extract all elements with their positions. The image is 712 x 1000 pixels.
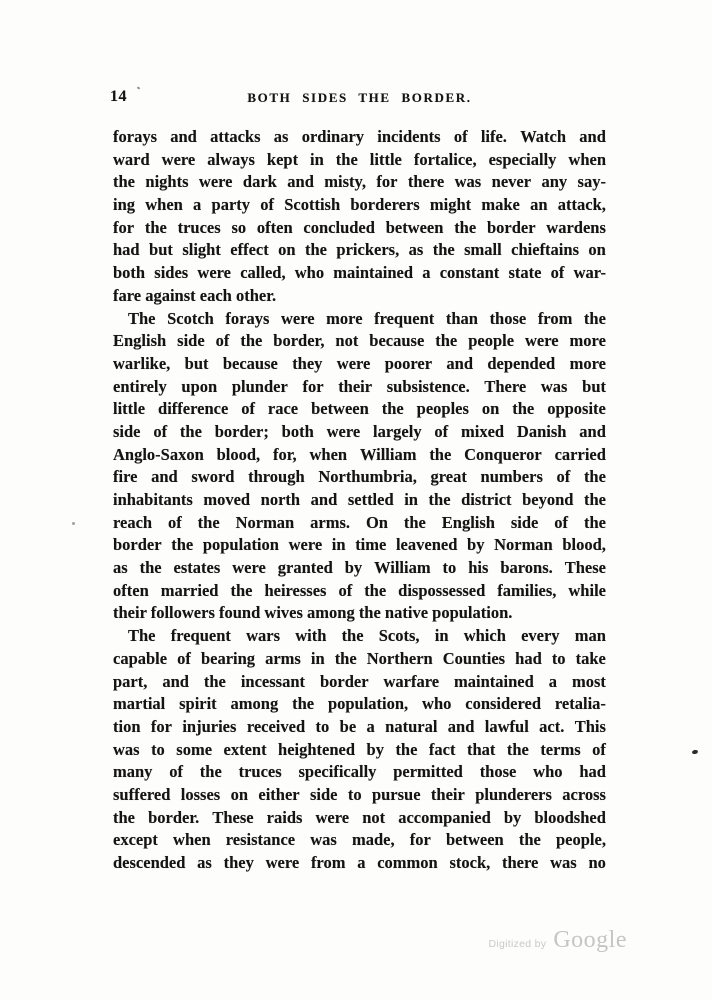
word: wars [246,625,280,648]
text-line: warlike,butbecausetheywerepooreranddepen… [113,353,606,376]
scanned-book-page: 14 BOTH SIDES THE BORDER. foraysandattac… [0,0,712,1000]
word: both [113,262,145,285]
word: than [446,308,478,331]
word: as [113,557,128,580]
word: of [169,761,183,784]
word: border [487,217,536,240]
word: those [490,308,527,331]
word: when [173,829,211,852]
word: English [442,512,495,535]
word: of [554,512,568,535]
word: capable [113,648,167,671]
word: the [292,693,314,716]
word: among [231,693,279,716]
word: Anglo-Saxon [113,444,204,467]
word: who [422,693,451,716]
word: difference [158,398,228,421]
word: were [289,534,323,557]
word: peoples [417,398,469,421]
word: concluded [303,217,375,240]
word: suffered [113,784,170,807]
word: ing [113,194,135,217]
word: the [584,512,606,535]
word: These [565,557,606,580]
text-line: wastosomeextentheightenedbythefactthatth… [113,739,606,762]
word: through [248,466,305,489]
word: truces [239,761,282,784]
word: This [575,716,606,739]
word: borderers [350,194,419,217]
word: little [370,149,402,172]
word: often [257,217,293,240]
word: with [295,625,326,648]
paragraph: ThefrequentwarswiththeScots,inwhichevery… [113,625,606,875]
word: specifically [299,761,377,784]
word: The [128,625,156,648]
word: their [338,376,372,399]
watermark-prefix-text: Digitized by [488,938,546,950]
word: Conqueror [464,444,542,467]
word: the [230,580,252,603]
word: the [454,217,476,240]
word: the [198,512,220,535]
word: ward [113,149,150,172]
paragraph: foraysandattacksasordinaryincidentsoflif… [113,126,606,308]
word: married [161,580,219,603]
word: the [342,625,364,648]
word: families, [497,580,556,603]
word: were [266,852,300,875]
word: some [176,739,212,762]
word: either [258,784,299,807]
word: descended [113,852,185,875]
word: warfare [384,671,440,694]
text-line: ingwhenapartyofScottishborderersmightmak… [113,194,606,217]
word: act. [539,716,564,739]
word: retalia- [555,693,606,716]
text-line: martialspiritamongthepopulation,whoconsi… [113,693,606,716]
word: had [113,239,140,262]
word: district [461,489,511,512]
word: ordinary [302,126,364,149]
word: be [340,716,357,739]
word: opposite [547,398,606,421]
word: who [295,262,324,285]
word: were [197,262,231,285]
word: the [335,648,357,671]
word: resistance [226,829,295,852]
word: natural [385,716,437,739]
word: state [508,262,541,285]
word: the [336,149,358,172]
word: extent [224,739,267,762]
word: by [345,557,362,580]
word: there [502,852,538,875]
text-line: bothsideswerecalled,whomaintainedaconsta… [113,262,606,285]
word: and [446,353,473,376]
word: incessant [241,671,305,694]
word: terms [540,739,580,762]
word: losses [181,784,220,807]
word: but [582,376,606,399]
word: of [592,739,606,762]
word: blood, [562,534,606,557]
word: in [310,149,324,172]
word: for [302,376,323,399]
word: from [311,852,346,875]
word: kept [267,149,298,172]
word: little [113,398,145,421]
word: any [541,171,567,194]
word: prickers, [336,239,399,262]
word: the [140,557,162,580]
word: which [464,625,506,648]
word: settled [348,489,394,512]
word: the [204,671,226,694]
word: often [113,580,149,603]
word: injuries [182,716,236,739]
text-line: astheestatesweregrantedbyWilliamtohisbar… [113,557,606,580]
word: not [362,807,385,830]
word: of [153,421,167,444]
word: and [448,716,475,739]
word: dark [243,171,277,194]
word: attacks [210,126,260,149]
word: of [241,398,255,421]
word: were [316,807,350,830]
word: a [422,262,430,285]
text-line: their followers found wives among the na… [113,602,606,625]
word: the [240,330,262,353]
paragraph: TheScotchforaysweremorefrequentthanthose… [113,308,606,626]
word: the [395,739,417,762]
word: nights [145,171,188,194]
word: the [584,489,606,512]
word: inhabitants [113,489,193,512]
word: bearing [201,648,255,671]
word: by [467,534,484,557]
word: a [367,716,375,739]
word: on [231,784,248,807]
text-line: Anglo-Saxonblood,for,whenWilliamtheConqu… [113,444,606,467]
word: because [223,353,278,376]
text-line: theborder.Theseraidswerenotaccompaniedby… [113,807,606,830]
word: These [212,807,253,830]
word: side [113,421,141,444]
word: of [454,126,468,149]
word: no [588,852,605,875]
word: carried [555,444,606,467]
word: for [151,716,172,739]
word: Northern [367,648,433,671]
text-line: ThefrequentwarswiththeScots,inwhichevery… [113,625,606,648]
text-line: hadbutslighteffectontheprickers,asthesma… [113,239,606,262]
word: a [357,852,365,875]
word: wardens [546,217,606,240]
word: on [482,398,499,421]
word: and [287,171,314,194]
word: so [231,217,246,240]
word: There [484,376,526,399]
text-line: exceptwhenresistancewasmade,forbetweenth… [113,829,606,852]
word: the [507,739,529,762]
word: William [374,557,431,580]
text-line: capableofbearingarmsintheNorthernCountie… [113,648,606,671]
word: great [431,466,467,489]
word: maintained [454,671,534,694]
text-line: Englishsideoftheborder,notbecausethepeop… [113,330,606,353]
word: granted [278,557,333,580]
word: from [538,308,573,331]
word: William [360,444,417,467]
text-block: foraysandattacksasordinaryincidentsoflif… [113,126,606,875]
word: as [274,126,289,149]
word: the [200,761,222,784]
word: effect [230,239,268,262]
word: were [199,171,233,194]
word: for [410,829,431,852]
word: pursue [372,784,421,807]
word: many [113,761,152,784]
word: the [171,534,193,557]
word: the [305,239,327,262]
word: fortalice, [414,149,477,172]
word: slight [182,239,221,262]
word: considered [465,693,541,716]
word: were [327,421,361,444]
word: more [570,330,606,353]
word: the [364,580,386,603]
text-line: inhabitantsmovednorthandsettledinthedist… [113,489,606,512]
word: Counties [443,648,505,671]
word: population, [328,693,408,716]
text-line: littledifferenceofracebetweenthepeopleso… [113,398,606,421]
word: party [212,194,251,217]
word: because [369,330,424,353]
word: in [435,625,449,648]
word: Scots, [379,625,420,648]
word: reach [113,512,152,535]
word: for, [273,444,297,467]
word: small [464,239,502,262]
word: dispossessed [398,580,485,603]
word: but [185,353,209,376]
text-line: forthetrucessooftenconcludedbetweenthebo… [113,217,606,240]
word: spirit [179,693,217,716]
word: to [316,716,330,739]
word: lawful [485,716,529,739]
page-header: 14 BOTH SIDES THE BORDER. [113,88,606,108]
word: side [310,784,338,807]
word: people [468,330,514,353]
scan-artifact-speck [692,749,699,754]
word: stock, [449,852,490,875]
word: border [320,671,369,694]
word: never [492,171,531,194]
word: chieftains [511,239,579,262]
word: the [512,398,534,421]
word: the [429,444,451,467]
word: leavened [396,534,457,557]
word: plunderers [475,784,552,807]
word: the [433,239,455,262]
word: the [519,829,541,852]
word: to [151,739,165,762]
word: a [549,671,557,694]
word: On [366,512,388,535]
word: they [292,353,322,376]
word: except [113,829,158,852]
word: moved [203,489,250,512]
text-line: fireandswordthroughNorthumbria,greatnumb… [113,466,606,489]
word: most [572,671,606,694]
word: Northumbria, [318,466,417,489]
word: part, [113,671,147,694]
text-line: sufferedlossesoneithersidetopursuetheirp… [113,784,606,807]
word: poorer [385,353,432,376]
word: the [584,308,606,331]
word: fact [429,739,456,762]
word: border [113,534,162,557]
word: and [162,671,189,694]
word: north [261,489,300,512]
word: was [550,852,577,875]
word: misty, [324,171,366,194]
word: was [310,829,337,852]
word: say- [578,171,606,194]
word: people, [556,829,606,852]
word: raids [267,807,303,830]
word: common [377,852,438,875]
word: time [355,534,386,557]
word: beyond [522,489,573,512]
word: on [278,239,295,262]
text-line: part,andtheincessantborderwarfaremaintai… [113,671,606,694]
word: of [551,262,565,285]
word: man [575,625,606,648]
word: numbers [481,466,543,489]
word: the [404,512,426,535]
text-line: thenightsweredarkandmisty,fortherewasnev… [113,171,606,194]
word: the [145,217,167,240]
word: bloodshed [534,807,606,830]
word: border. [148,807,199,830]
word: and [579,126,606,149]
word: when [145,194,183,217]
word: his [468,557,488,580]
word: both [282,421,314,444]
word: the [180,421,202,444]
word: population [203,534,279,557]
word: received [247,716,305,739]
word: might [430,194,471,217]
word: while [568,580,606,603]
word: especially [489,149,557,172]
text-line: manyofthetrucesspecificallypermittedthos… [113,761,606,784]
word: barons. [500,557,552,580]
word: English [113,330,166,353]
word: when [568,149,606,172]
word: arms. [310,512,350,535]
word: in [404,489,418,512]
word: every [521,625,559,648]
word: always [207,149,255,172]
word: Scottish [284,194,340,217]
word: frequent [374,308,434,331]
word: frequent [171,625,231,648]
word: Scotch [167,308,214,331]
word: sword [191,466,234,489]
word: were [162,149,196,172]
word: was [455,171,482,194]
running-header-title: BOTH SIDES THE BORDER. [113,90,606,106]
text-line: reachoftheNormanarms.OntheEnglishsideoft… [113,512,606,535]
word: upon [181,376,217,399]
word: an [530,194,547,217]
word: accompanied [398,807,491,830]
word: the [435,330,457,353]
word: between [311,398,369,421]
word: constant [440,262,500,285]
word: of [338,580,352,603]
word: in [332,534,346,557]
word: across [562,784,606,807]
text-line: sideoftheborder;bothwerelargelyofmixedDa… [113,421,606,444]
word: of [168,512,182,535]
word: maintained [333,262,413,285]
word: by [504,807,521,830]
word: plunder [232,376,288,399]
word: largely [373,421,422,444]
word: and [579,421,606,444]
word: permitted [393,761,463,784]
word: Watch [520,126,566,149]
word: was [541,376,568,399]
word: there [408,171,444,194]
word: of [557,466,571,489]
word: to [552,648,566,671]
word: heightened [278,739,355,762]
digitization-watermark: Digitized by Google [488,927,627,954]
word: were [337,353,371,376]
word: truces [178,217,221,240]
word: Danish [517,421,567,444]
word: warlike, [113,353,170,376]
word: depended [487,353,555,376]
word: not [335,330,358,353]
word: the [584,466,606,489]
word: and [311,489,338,512]
word: Norman [236,512,295,535]
word: mixed [461,421,504,444]
text-line: foraysandattacksasordinaryincidentsoflif… [113,126,606,149]
word: made, [352,829,395,852]
word: of [260,194,274,217]
word: by [367,739,384,762]
word: border, [273,330,324,353]
text-line: oftenmarriedtheheiressesofthedispossesse… [113,580,606,603]
word: subsistence. [387,376,470,399]
text-line: entirelyuponplunderfortheirsubsistence.T… [113,376,606,399]
word: between [446,829,504,852]
word: more [326,308,362,331]
google-logo: Google [553,927,627,954]
word: was [113,739,140,762]
word: of [434,421,448,444]
word: arms [265,648,301,671]
word: war- [574,262,606,285]
word: called, [240,262,285,285]
